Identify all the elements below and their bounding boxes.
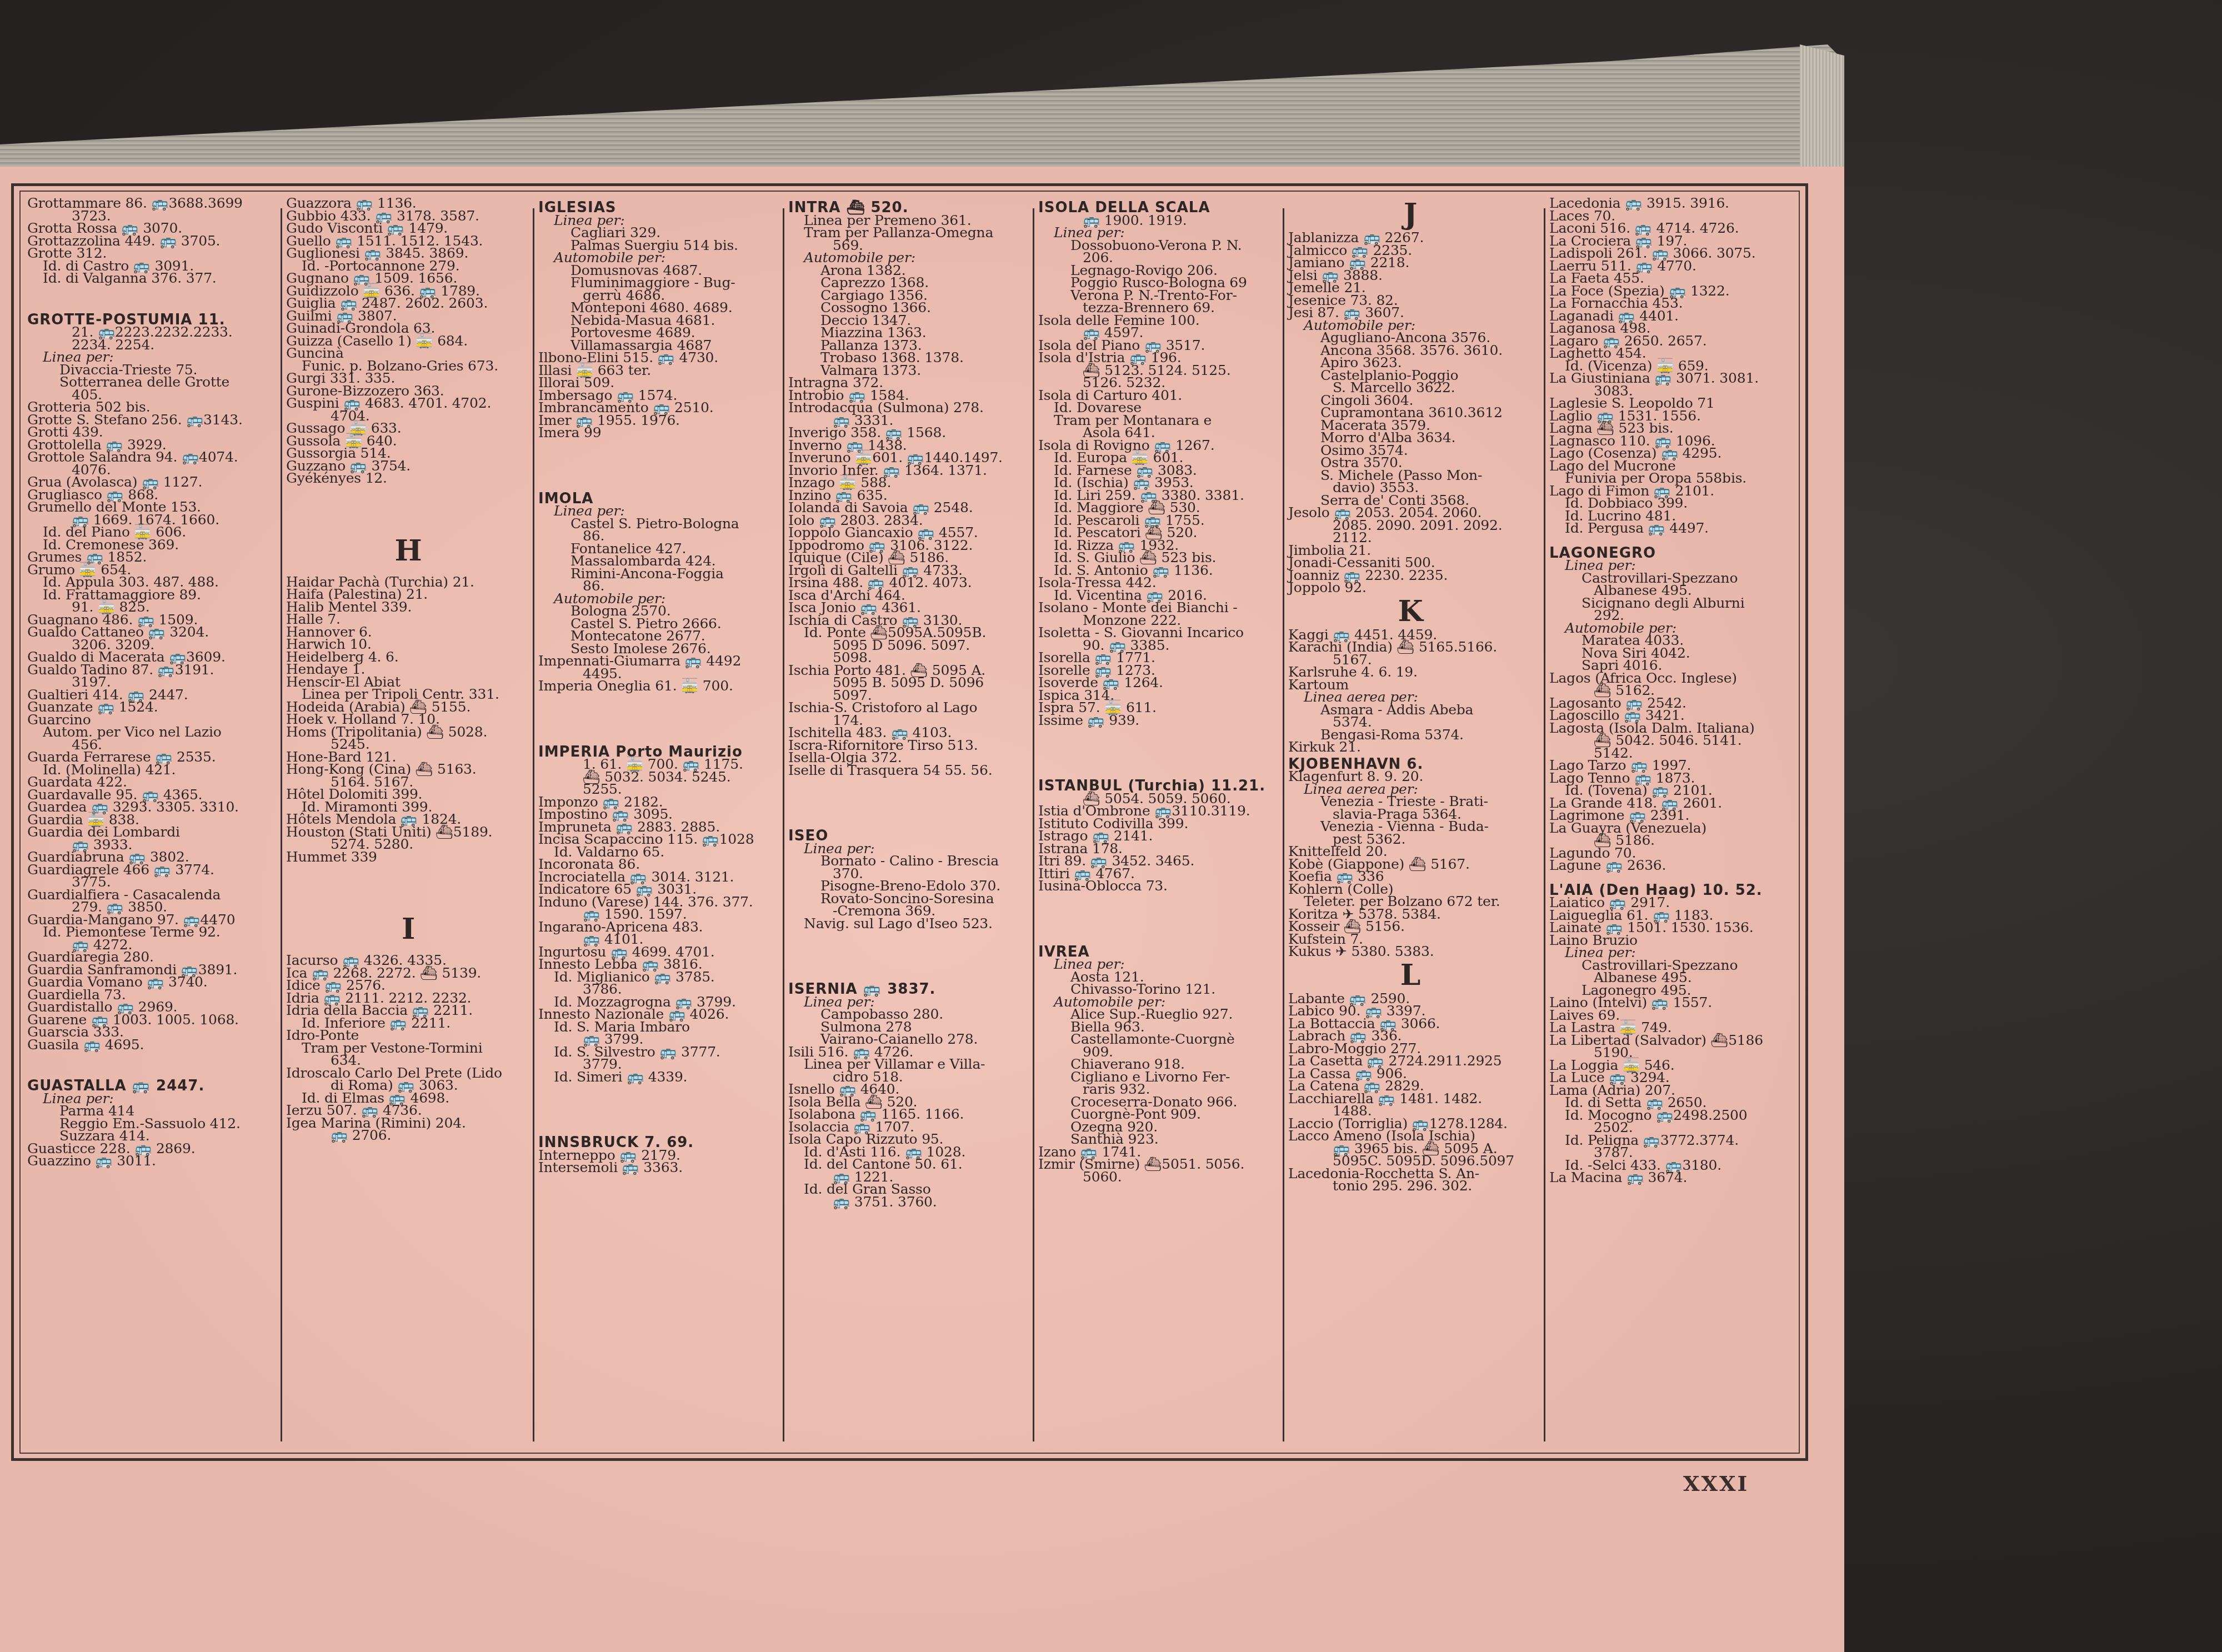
index-subentry: Id. del Cantone 50. 61. (788, 1158, 1033, 1171)
spacer (538, 717, 783, 742)
index-entry: Joppolo 92. (1288, 582, 1533, 594)
spacer (788, 801, 1033, 825)
column-divider (1544, 208, 1545, 1441)
index-entry: Ingarano-Apricena 483. (538, 921, 783, 934)
column-divider (1033, 208, 1034, 1441)
index-subentry: 5060. (1038, 1171, 1283, 1184)
index-entry: Grottole Salandra 94. 🚌4074. (27, 451, 272, 464)
index-frame-inner: Grottammare 86. 🚌3688.36993723.Grotta Ro… (19, 191, 1800, 1454)
spacer (788, 777, 1033, 801)
index-subentry: Tram per Pallanza-Omegna (788, 227, 1033, 239)
index-entry: Karachi (India) ⛴ 5165.5166. (1288, 641, 1533, 654)
index-entry: Ischia-S. Cristoforo al Lago (788, 702, 1033, 714)
index-subentry: tonio 295. 296. 302. (1288, 1180, 1533, 1193)
index-subentry: Castel S. Pietro-Bologna (538, 518, 783, 530)
spacer (27, 285, 272, 309)
column-divider (533, 208, 534, 1441)
index-subentry: Id. Simeri 🚌 4339. (538, 1071, 783, 1084)
index-subentry: Venezia - Vienna - Buda- (1288, 820, 1533, 833)
index-entry: Imera 99 (538, 427, 783, 439)
index-subentry: Asmara - Addis Abeba (1288, 704, 1533, 717)
index-entry: Lacchiarella 🚌 1481. 1482. (1288, 1093, 1533, 1105)
index-entry: Kukus ✈ 5380. 5383. (1288, 945, 1533, 958)
index-entry: Iselle di Trasquera 54 55. 56. (788, 764, 1033, 777)
index-column-1: Grottammare 86. 🚌3688.36993723.Grotta Ro… (27, 197, 272, 1168)
index-subentry: Id. Pergusa 🚌 4497. (1549, 522, 1794, 535)
index-subentry: Bornato - Calino - Brescia (788, 855, 1033, 868)
index-entry: Impennati-Giumarra 🚌 4492 (538, 655, 783, 668)
index-entry: Intersemoli 🚌 3363. (538, 1162, 783, 1174)
index-subentry: Rimini-Ancona-Foggia (538, 568, 783, 580)
spacer (286, 485, 531, 509)
index-subentry: Sicignano degli Alburni (1549, 597, 1794, 610)
index-entry: Guazzino 🚌 3011. (27, 1155, 272, 1168)
index-column-2: Guazzora 🚌 1136.Gubbio 433. 🚌 3178. 3587… (286, 197, 531, 1142)
index-entry: Grottammare 86. 🚌3688.3699 (27, 197, 272, 210)
index-subentry: Tram per Montanara e (1038, 414, 1283, 427)
spacer (286, 888, 531, 912)
index-entry: La Macina 🚌 3674. (1549, 1172, 1794, 1184)
index-entry: La Libertad (Salvador) ⛴5186 (1549, 1034, 1794, 1047)
index-subentry: Id. S. Maria Imbaro (538, 1021, 783, 1034)
index-entry: Introdacqua (Sulmona) 278. (788, 402, 1033, 414)
index-entry: Gyékényes 12. (286, 472, 531, 485)
index-entry: Lagune 🚌 2636. (1549, 859, 1794, 872)
column-divider (1283, 208, 1284, 1441)
index-subentry: Tram per Vestone-Tormini (286, 1042, 531, 1055)
index-subentry: ⛴ 5042. 5046. 5141. (1549, 734, 1794, 747)
index-subentry: Castellamonte-Cuorgnè (1038, 1033, 1283, 1046)
index-entry: La Giustiniana 🚌 3071. 3081. (1549, 372, 1794, 385)
index-entry: Hummet 339 (286, 851, 531, 864)
spacer (788, 930, 1033, 954)
index-entry: Isola delle Femine 100. (1038, 314, 1283, 327)
index-subentry: Id. di Valganna 376. 377. (27, 272, 272, 285)
index-subentry: Id. Miglianico 🚌 3785. (538, 971, 783, 984)
index-subentry: Id. Peligna 🚌3772.3774. (1549, 1134, 1794, 1147)
index-subentry: 5095 D 5096. 5097. (788, 639, 1033, 652)
index-entry: Issime 🚌 939. (1038, 714, 1283, 727)
index-subentry: 5095 B. 5095 D. 5096 (788, 677, 1033, 689)
index-entry: Gualdo Tadino 87. 🚌3191. (27, 664, 272, 677)
letter-heading: J (1288, 197, 1533, 232)
index-entry: Guspini 🚌 4683. 4701. 4702. (286, 397, 531, 410)
index-subentry: Sotterranea delle Grotte (27, 376, 272, 389)
index-column-3: IGLESIASLinea per:Cagliari 329.Palmas Su… (538, 197, 783, 1174)
page-number: XXXI (1683, 1471, 1749, 1496)
spacer (286, 863, 531, 888)
index-frame: Grottammare 86. 🚌3688.36993723.Grotta Ro… (11, 183, 1808, 1461)
column-divider (783, 208, 784, 1441)
letter-heading: K (1288, 594, 1533, 629)
index-subentry: Linea per Villamar e Villa- (788, 1058, 1033, 1071)
spacer (538, 439, 783, 464)
index-entry: Kirkuk 21. (1288, 741, 1533, 754)
index-subentry: Id. Mocogno 🚌2498.2500 (1549, 1109, 1794, 1122)
index-subentry: Autom. per Vico nel Lazio (27, 726, 272, 739)
spacer (1038, 751, 1283, 775)
index-subentry: Id. Piemontese Terme 92. (27, 926, 272, 939)
index-subentry: 🚌 2706. (286, 1129, 531, 1142)
index-entry: Homs (Tripolitania) ⛴ 5028. (286, 726, 531, 739)
letter-heading: L (1288, 958, 1533, 993)
index-entry: Iusina-Oblocca 73. (1038, 880, 1283, 893)
index-subentry: Navig. sul Lago d'Iseo 523. (788, 918, 1033, 930)
index-subentry: 🚌 3751. 3760. (788, 1196, 1033, 1209)
index-column-7: Lacedonia 🚌 3915. 3916.Laces 70.Laconi 5… (1549, 197, 1794, 1184)
spacer (1038, 917, 1283, 942)
spacer (1038, 893, 1283, 917)
column-divider (281, 208, 282, 1441)
index-entry: Guardiagrele 466 🚌 3774. (27, 864, 272, 877)
index-subentry: ⛴ 5032. 5034. 5245. (538, 771, 783, 784)
index-entry: Izmir (Smirne) ⛴5051. 5056. (1038, 1158, 1283, 1171)
index-subentry: 2085. 2090. 2091. 2092. (1288, 519, 1533, 532)
letter-heading: I (286, 912, 531, 947)
index-subentry: Id. S. Silvestro 🚌 3777. (538, 1046, 783, 1059)
index-column-5: ISOLA DELLA SCALA🚌 1900. 1919.Linea per:… (1038, 197, 1283, 1183)
index-column-4: INTRA ⛴ 520.Linea per Premeno 361.Tram p… (788, 197, 1033, 1208)
spacer (286, 509, 531, 534)
spacer (538, 1083, 783, 1108)
spacer (788, 954, 1033, 979)
index-subentry: Id. Frattamaggiore 89. (27, 589, 272, 602)
spacer (27, 1051, 272, 1075)
index-entry: La Guayra (Venezuela) (1549, 822, 1794, 835)
index-entry: Imperia Oneglia 61. 🚋 700. (538, 680, 783, 693)
letter-heading: H (286, 534, 531, 568)
spacer (538, 693, 783, 717)
index-subentry: Cigliano e Livorno Fer- (1038, 1071, 1283, 1084)
index-subentry: Dossobuono-Verona P. N. (1038, 239, 1283, 252)
index-entry: Guardia dei Lombardi (27, 826, 272, 839)
spacer (1038, 727, 1283, 751)
index-column-6: JJablanizza 🚌 2267.Jalmicco 🚌 2235.Jamia… (1288, 197, 1533, 1193)
index-entry: Igea Marina (Rimini) 204. (286, 1117, 531, 1130)
index-entry: Guasila 🚌 4695. (27, 1039, 272, 1052)
index-entry: Lagos (Africa Occ. Inglese) (1549, 672, 1794, 685)
spacer (538, 1108, 783, 1132)
spacer (538, 464, 783, 488)
